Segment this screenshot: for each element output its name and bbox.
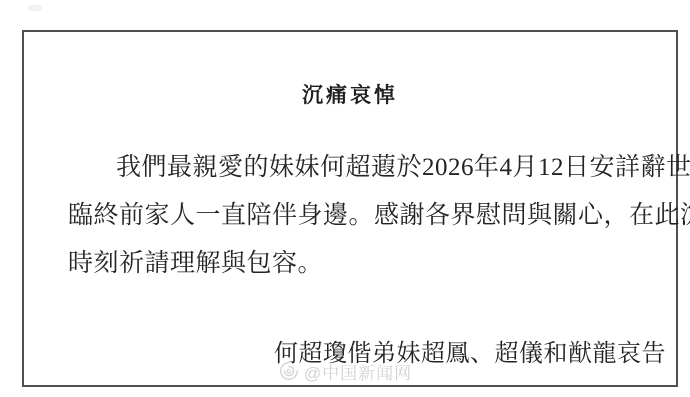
condolence-notice-box: 沉痛哀悼 我們最親愛的妹妹何超蕸於2026年4月12日安詳辭世， 臨終前家人一直…: [22, 30, 678, 387]
body-line: 時刻祈請理解與包容。: [68, 240, 678, 288]
body-line: 我們最親愛的妹妹何超蕸於2026年4月12日安詳辭世，: [68, 144, 678, 192]
notice-signature: 何超瓊偕弟妹超鳳、超儀和猷龍哀告: [68, 333, 666, 368]
screenshot-canvas: 沉痛哀悼 我們最親愛的妹妹何超蕸於2026年4月12日安詳辭世， 臨終前家人一直…: [0, 0, 690, 397]
notice-body: 我們最親愛的妹妹何超蕸於2026年4月12日安詳辭世， 臨終前家人一直陪伴身邊。…: [68, 144, 678, 288]
notice-title: 沉痛哀悼: [24, 79, 676, 109]
body-line: 臨終前家人一直陪伴身邊。感謝各界慰問與關心，在此沉痛: [68, 192, 678, 240]
scan-artifact: [28, 5, 42, 11]
